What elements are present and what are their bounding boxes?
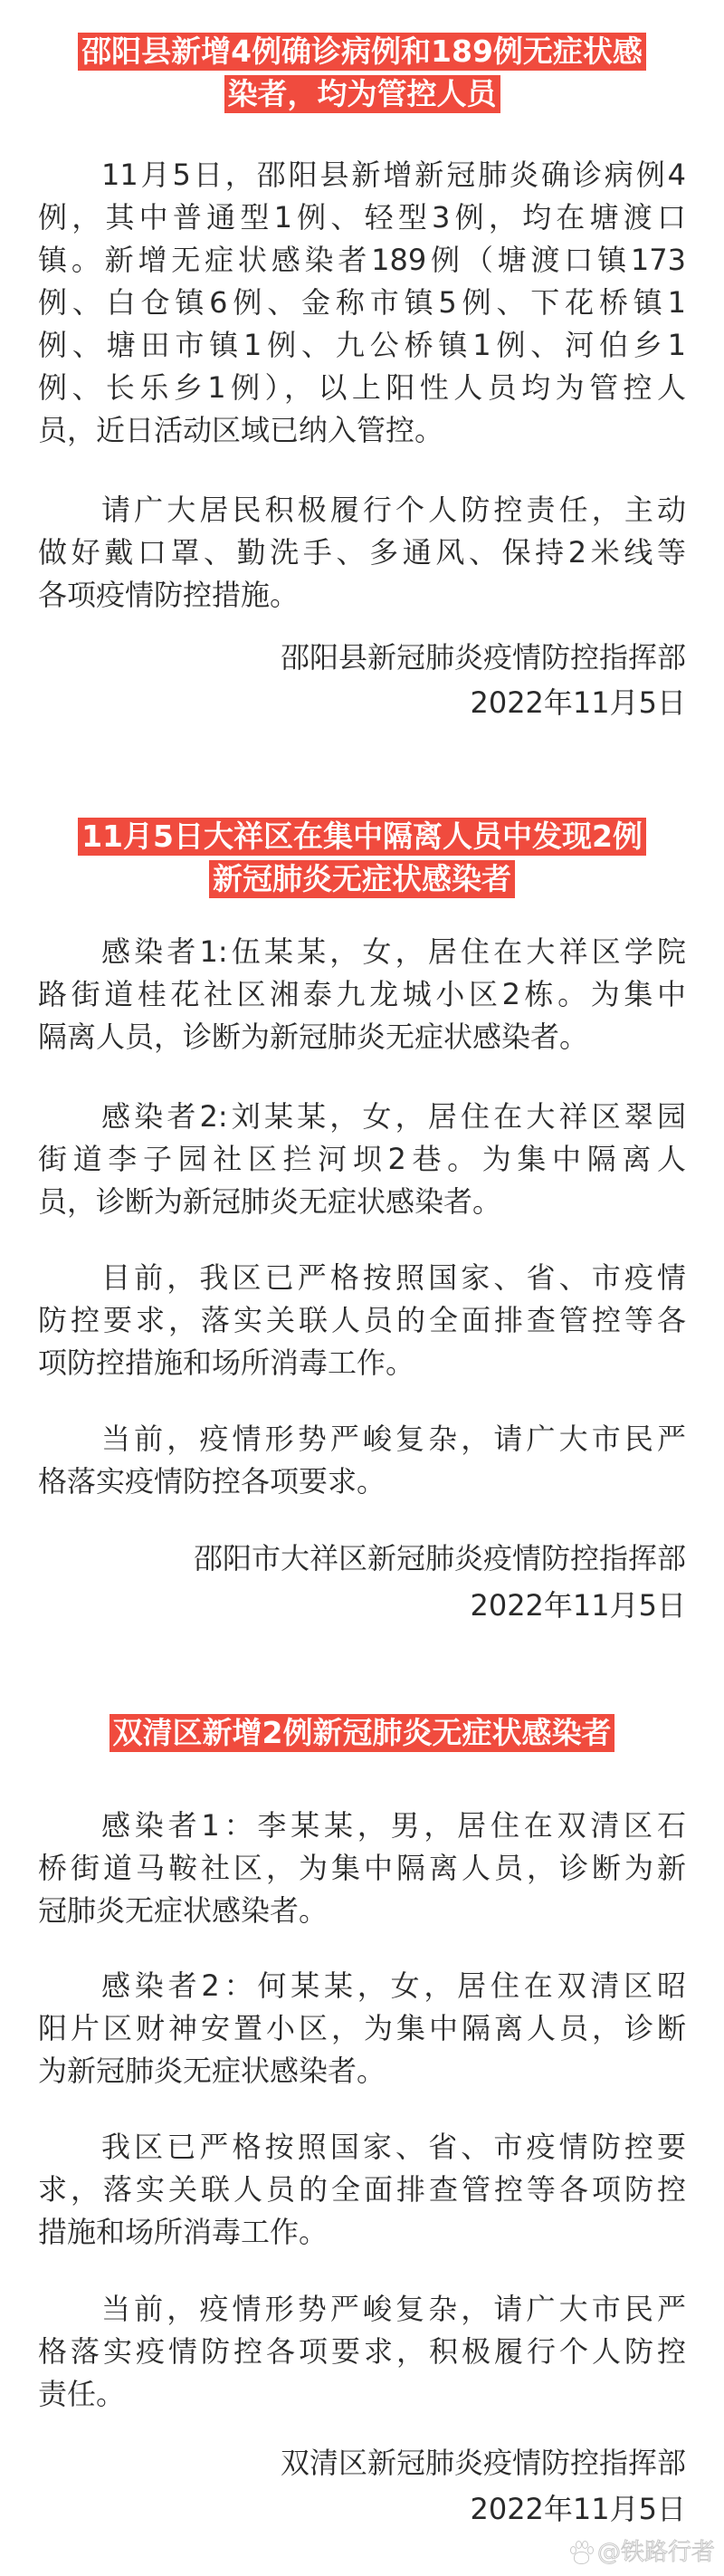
article-2: 11月5日大祥区在集中隔离人员中发现2例 新冠肺炎无症状感染者: [0, 818, 724, 903]
watermark-text: @铁路行者: [597, 2538, 715, 2567]
text-line: 11月5日，邵阳县新增新冠肺炎确诊病例4: [38, 154, 686, 196]
title-line: 双清区新增2例新冠肺炎无症状感染者: [110, 1714, 615, 1752]
title-line: 新冠肺炎无症状感染者: [209, 860, 515, 898]
text-line: 例、塘田市镇1例、九公桥镇1例、河伯乡1: [38, 324, 686, 367]
text-line: 当前，疫情形势严峻复杂，请广大市民严: [38, 2288, 686, 2331]
text-line: 当前，疫情形势严峻复杂，请广大市民严: [38, 1418, 686, 1460]
baidu-paw-icon: [568, 2540, 594, 2565]
text-line: 我区已严格按照国家、省、市疫情防控要: [38, 2126, 686, 2169]
text-line: 格落实疫情防控各项要求，积极履行个人防控: [38, 2331, 686, 2373]
article-2-paragraph-3: 目前，我区已严格按照国家、省、市疫情 防控要求，落实关联人员的全面排查管控等各 …: [38, 1257, 686, 1384]
title-line: 邵阳县新增4例确诊病例和189例无症状感: [78, 33, 646, 71]
text-line: 感染者2:刘某某，女，居住在大祥区翠园: [38, 1096, 686, 1138]
text-line: 街道李子园社区拦河坝2巷。为集中隔离人: [38, 1138, 686, 1181]
text-line: 做好戴口罩、勤洗手、多通风、保持2米线等: [38, 531, 686, 574]
article-2-title: 11月5日大祥区在集中隔离人员中发现2例 新冠肺炎无症状感染者: [0, 818, 724, 903]
article-2-paragraph-2: 感染者2:刘某某，女，居住在大祥区翠园 街道李子园社区拦河坝2巷。为集中隔离人 …: [38, 1096, 686, 1223]
article-3-paragraph-4: 当前，疫情形势严峻复杂，请广大市民严 格落实疫情防控各项要求，积极履行个人防控 …: [38, 2288, 686, 2416]
watermark: @铁路行者: [568, 2538, 715, 2567]
text-line: 格落实疫情防控各项要求。: [38, 1460, 686, 1503]
text-line: 桥街道马鞍社区，为集中隔离人员，诊断为新: [38, 1847, 686, 1890]
article-1: 邵阳县新增4例确诊病例和189例无症状感 染者，均为管控人员: [0, 33, 724, 118]
text-line: 项防控措施和场所消毒工作。: [38, 1342, 686, 1384]
text-line: 措施和场所消毒工作。: [38, 2211, 686, 2254]
title-line: 11月5日大祥区在集中隔离人员中发现2例: [78, 818, 646, 856]
article-3-title: 双清区新增2例新冠肺炎无症状感染者: [0, 1714, 724, 1757]
text-line: 为新冠肺炎无症状感染者。: [38, 2050, 686, 2092]
article-2-signature: 邵阳市大祥区新冠肺炎疫情防控指挥部: [194, 1537, 686, 1580]
text-line: 镇。新增无症状感染者189例（塘渡口镇173: [38, 239, 686, 282]
text-line: 求，落实关联人员的全面排查管控等各项防控: [38, 2169, 686, 2211]
article-3-paragraph-2: 感染者2：何某某，女，居住在双清区昭 阳片区财神安置小区，为集中隔离人员，诊断 …: [38, 1965, 686, 2092]
article-1-paragraph-1: 11月5日，邵阳县新增新冠肺炎确诊病例4 例，其中普通型1例、轻型3例，均在塘渡…: [38, 154, 686, 452]
text-line: 路街道桂花社区湘泰九龙城小区2栋。为集中: [38, 973, 686, 1016]
text-line: 目前，我区已严格按照国家、省、市疫情: [38, 1257, 686, 1299]
article-1-date: 2022年11月5日: [470, 682, 686, 724]
text-line: 冠肺炎无症状感染者。: [38, 1890, 686, 1932]
article-3-paragraph-3: 我区已严格按照国家、省、市疫情防控要 求，落实关联人员的全面排查管控等各项防控 …: [38, 2126, 686, 2254]
text-line: 隔离人员，诊断为新冠肺炎无症状感染者。: [38, 1016, 686, 1058]
text-line: 阳片区财神安置小区，为集中隔离人员，诊断: [38, 2007, 686, 2050]
text-line: 请广大居民积极履行个人防控责任，主动: [38, 489, 686, 531]
article-3: 双清区新增2例新冠肺炎无症状感染者: [0, 1714, 724, 1757]
text-line: 例、白仓镇6例、金称市镇5例、下花桥镇1: [38, 282, 686, 324]
article-1-paragraph-2: 请广大居民积极履行个人防控责任，主动 做好戴口罩、勤洗手、多通风、保持2米线等 …: [38, 489, 686, 617]
text-line: 例，其中普通型1例、轻型3例，均在塘渡口: [38, 196, 686, 239]
text-line: 感染者2：何某某，女，居住在双清区昭: [38, 1965, 686, 2007]
text-line: 例、长乐乡1例），以上阳性人员均为管控人: [38, 367, 686, 409]
article-2-date: 2022年11月5日: [470, 1585, 686, 1627]
article-2-paragraph-4: 当前，疫情形势严峻复杂，请广大市民严 格落实疫情防控各项要求。: [38, 1418, 686, 1503]
article-3-paragraph-1: 感染者1：李某某，男，居住在双清区石 桥街道马鞍社区，为集中隔离人员，诊断为新 …: [38, 1805, 686, 1932]
article-3-date: 2022年11月5日: [470, 2488, 686, 2531]
article-1-title: 邵阳县新增4例确诊病例和189例无症状感 染者，均为管控人员: [0, 33, 724, 118]
article-1-signature: 邵阳县新冠肺炎疫情防控指挥部: [281, 637, 686, 679]
title-line: 染者，均为管控人员: [224, 75, 500, 113]
text-line: 责任。: [38, 2373, 686, 2416]
article-2-paragraph-1: 感染者1:伍某某，女，居住在大祥区学院 路街道桂花社区湘泰九龙城小区2栋。为集中…: [38, 931, 686, 1058]
text-line: 感染者1：李某某，男，居住在双清区石: [38, 1805, 686, 1847]
text-line: 员，近日活动区域已纳入管控。: [38, 409, 686, 452]
text-line: 各项疫情防控措施。: [38, 574, 686, 617]
text-line: 感染者1:伍某某，女，居住在大祥区学院: [38, 931, 686, 973]
text-line: 防控要求，落实关联人员的全面排查管控等各: [38, 1299, 686, 1342]
article-3-signature: 双清区新冠肺炎疫情防控指挥部: [281, 2442, 686, 2485]
text-line: 员，诊断为新冠肺炎无症状感染者。: [38, 1181, 686, 1223]
